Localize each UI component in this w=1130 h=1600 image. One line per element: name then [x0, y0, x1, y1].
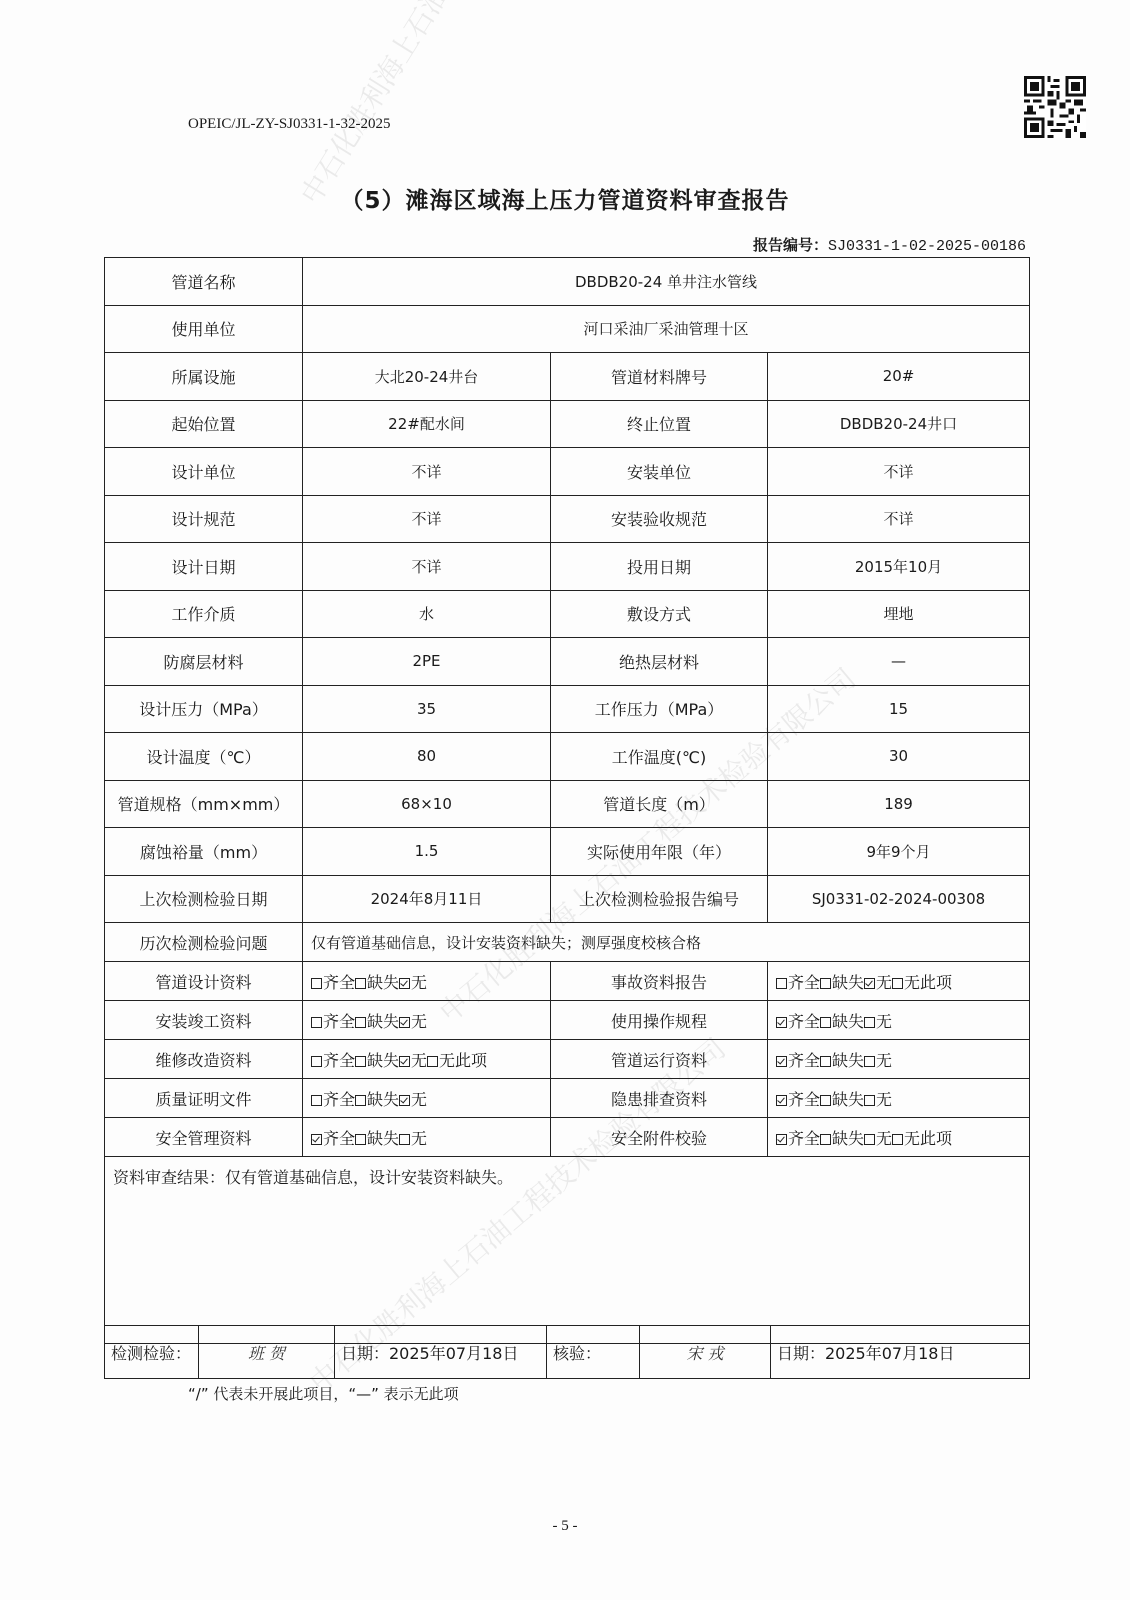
table-row: 起始位置22#配水间终止位置DBDB20-24井口 — [105, 400, 1030, 448]
field-value: 不详 — [768, 448, 1030, 496]
report-number-value: SJ0331-1-02-2025-00186 — [828, 238, 1026, 255]
checkbox-label: 齐全 — [788, 973, 820, 992]
signoff-table: 检测检验： 班 贺 日期：2025年07月18日 核验： 宋 戎 日期：2025… — [104, 1325, 1030, 1379]
table-row: 设计温度（℃）80工作温度(℃)30 — [105, 733, 1030, 781]
field-label: 安装验收规范 — [551, 495, 768, 543]
checklist-label: 维修改造资料 — [105, 1040, 303, 1079]
table-row: 历次检测检验问题 仅有管道基础信息，设计安装资料缺失；测厚强度校核合格 — [105, 923, 1030, 962]
checkbox-na[interactable] — [427, 1056, 438, 1067]
field-value: 68×10 — [303, 780, 551, 828]
field-label: 上次检测检验日期 — [105, 875, 303, 923]
field-label: 设计单位 — [105, 448, 303, 496]
checkbox-missing[interactable] — [820, 1017, 831, 1028]
checkbox-none[interactable] — [864, 1056, 875, 1067]
checklist-options: 齐全缺失无 — [768, 1040, 1030, 1079]
table-row: 管道名称 DBDB20-24 单井注水管线 — [105, 258, 1030, 306]
checklist-label: 安全附件校验 — [551, 1118, 768, 1157]
checkbox-complete[interactable] — [776, 978, 787, 989]
checkbox-missing[interactable] — [820, 1056, 831, 1067]
checkbox-label: 无 — [411, 973, 427, 992]
table-row: 设计单位不详安装单位不详 — [105, 448, 1030, 496]
checkbox-complete[interactable] — [311, 1095, 322, 1106]
checklist-row: 安全管理资料 齐全缺失无 安全附件校验 齐全缺失无无此项 — [105, 1118, 1030, 1157]
checkbox-label: 无此项 — [904, 1129, 952, 1148]
field-value: 大北20-24井台 — [303, 353, 551, 401]
checkbox-none[interactable] — [864, 1017, 875, 1028]
checklist-label: 事故资料报告 — [551, 962, 768, 1001]
field-value: 2024年8月11日 — [303, 875, 551, 923]
field-label: 防腐层材料 — [105, 638, 303, 686]
checkbox-label: 无 — [411, 1012, 427, 1031]
checkbox-label: 无 — [876, 1129, 892, 1148]
checkbox-label: 无 — [876, 1090, 892, 1109]
legend-note: “/” 代表未开展此项目，“—” 表示无此项 — [188, 1383, 459, 1404]
checkbox-label: 齐全 — [323, 1090, 355, 1109]
report-title: （5）滩海区域海上压力管道资料审查报告 — [0, 182, 1130, 215]
table-row: 工作介质水敷设方式埋地 — [105, 590, 1030, 638]
field-value: 水 — [303, 590, 551, 638]
checkbox-label: 缺失 — [367, 1051, 399, 1070]
checklist-row: 管道设计资料 齐全缺失无 事故资料报告 齐全缺失无无此项 — [105, 962, 1030, 1001]
user-unit-label: 使用单位 — [105, 305, 303, 353]
field-label: 实际使用年限（年） — [551, 828, 768, 876]
field-label: 设计温度（℃） — [105, 733, 303, 781]
user-unit-value: 河口采油厂采油管理十区 — [303, 305, 1030, 353]
checkbox-label: 齐全 — [323, 1129, 355, 1148]
checkbox-missing[interactable] — [355, 1056, 366, 1067]
checkbox-none[interactable] — [399, 1056, 410, 1067]
checkbox-label: 缺失 — [367, 1129, 399, 1148]
review-result-label: 资料审查结果： — [113, 1168, 225, 1187]
checkbox-label: 缺失 — [832, 1129, 864, 1148]
checklist-options: 齐全缺失无 — [303, 962, 551, 1001]
checkbox-na[interactable] — [892, 978, 903, 989]
field-label: 管道材料牌号 — [551, 353, 768, 401]
table-row: 设计规范不详安装验收规范不详 — [105, 495, 1030, 543]
report-number: 报告编号：SJ0331-1-02-2025-00186 — [753, 234, 1026, 255]
checkbox-label: 无此项 — [904, 973, 952, 992]
checkbox-na[interactable] — [892, 1134, 903, 1145]
field-value: 不详 — [303, 543, 551, 591]
checklist-label: 使用操作规程 — [551, 1001, 768, 1040]
field-label: 腐蚀裕量（mm） — [105, 828, 303, 876]
inspector-label: 检测检验： — [105, 1326, 199, 1379]
field-label: 敷设方式 — [551, 590, 768, 638]
field-value: DBDB20-24井口 — [768, 400, 1030, 448]
checkbox-label: 缺失 — [832, 973, 864, 992]
checklist-row: 安装竣工资料 齐全缺失无 使用操作规程 齐全缺失无 — [105, 1001, 1030, 1040]
checkbox-none[interactable] — [864, 978, 875, 989]
checkbox-missing[interactable] — [355, 1017, 366, 1028]
field-label: 安装单位 — [551, 448, 768, 496]
checkbox-missing[interactable] — [355, 1134, 366, 1145]
field-label: 工作介质 — [105, 590, 303, 638]
field-label: 所属设施 — [105, 353, 303, 401]
report-number-label: 报告编号： — [753, 236, 828, 254]
field-value: 不详 — [303, 448, 551, 496]
document-code: OPEIC/JL-ZY-SJ0331-1-32-2025 — [188, 116, 391, 133]
checklist-label: 管道设计资料 — [105, 962, 303, 1001]
field-label: 设计日期 — [105, 543, 303, 591]
checkbox-missing[interactable] — [820, 1095, 831, 1106]
page-number: - 5 - — [0, 1518, 1130, 1535]
field-value: 埋地 — [768, 590, 1030, 638]
checkbox-label: 无 — [876, 1051, 892, 1070]
checklist-label: 隐患排查资料 — [551, 1079, 768, 1118]
checkbox-missing[interactable] — [355, 978, 366, 989]
checkbox-none[interactable] — [864, 1095, 875, 1106]
table-row: 管道规格（mm×mm）68×10管道长度（m）189 — [105, 780, 1030, 828]
checkbox-complete[interactable] — [311, 978, 322, 989]
checkbox-label: 无 — [876, 973, 892, 992]
field-label: 管道长度（m） — [551, 780, 768, 828]
checkbox-none[interactable] — [864, 1134, 875, 1145]
checkbox-label: 无 — [876, 1012, 892, 1031]
field-label: 工作压力（MPa） — [551, 685, 768, 733]
checkbox-none[interactable] — [399, 1095, 410, 1106]
checkbox-label: 齐全 — [323, 973, 355, 992]
checklist-options: 齐全缺失无无此项 — [768, 1118, 1030, 1157]
checklist-options: 齐全缺失无 — [303, 1079, 551, 1118]
checkbox-label: 齐全 — [323, 1051, 355, 1070]
table-row: 腐蚀裕量（mm）1.5实际使用年限（年）9年9个月 — [105, 828, 1030, 876]
field-label: 工作温度(℃) — [551, 733, 768, 781]
table-row: 防腐层材料2PE绝热层材料— — [105, 638, 1030, 686]
reviewer-date: 日期：2025年07月18日 — [771, 1326, 1030, 1379]
history-issues-label: 历次检测检验问题 — [105, 923, 303, 962]
checklist-options: 齐全缺失无无此项 — [768, 962, 1030, 1001]
field-value: 1.5 — [303, 828, 551, 876]
checkbox-complete[interactable] — [311, 1134, 322, 1145]
field-label: 终止位置 — [551, 400, 768, 448]
field-label: 起始位置 — [105, 400, 303, 448]
field-value: 15 — [768, 685, 1030, 733]
field-value: 2PE — [303, 638, 551, 686]
checklist-label: 管道运行资料 — [551, 1040, 768, 1079]
checkbox-label: 齐全 — [788, 1129, 820, 1148]
checkbox-label: 无 — [411, 1051, 427, 1070]
field-value: 9年9个月 — [768, 828, 1030, 876]
checklist-options: 齐全缺失无 — [768, 1079, 1030, 1118]
checklist-options: 齐全缺失无 — [303, 1001, 551, 1040]
history-issues-value: 仅有管道基础信息，设计安装资料缺失；测厚强度校核合格 — [303, 923, 1030, 962]
field-label: 绝热层材料 — [551, 638, 768, 686]
checkbox-complete[interactable] — [311, 1017, 322, 1028]
checkbox-none[interactable] — [399, 978, 410, 989]
inspector-signature: 班 贺 — [199, 1326, 335, 1379]
checklist-label: 安装竣工资料 — [105, 1001, 303, 1040]
watermark: 中石化胜利海上石油工程技术检验有限公司 — [290, 0, 606, 211]
checkbox-label: 无 — [411, 1090, 427, 1109]
field-label: 设计规范 — [105, 495, 303, 543]
checkbox-complete[interactable] — [776, 1134, 787, 1145]
checkbox-label: 缺失 — [367, 973, 399, 992]
checkbox-label: 缺失 — [832, 1051, 864, 1070]
review-result-row: 资料审查结果：仅有管道基础信息，设计安装资料缺失。 — [105, 1157, 1030, 1344]
checkbox-complete[interactable] — [311, 1056, 322, 1067]
checkbox-label: 齐全 — [323, 1012, 355, 1031]
field-value: 189 — [768, 780, 1030, 828]
field-value: 35 — [303, 685, 551, 733]
field-value: 22#配水间 — [303, 400, 551, 448]
checkbox-complete[interactable] — [776, 1017, 787, 1028]
pipeline-info-table: 管道名称 DBDB20-24 单井注水管线 使用单位 河口采油厂采油管理十区 所… — [104, 257, 1030, 1344]
field-label: 上次检测检验报告编号 — [551, 875, 768, 923]
checkbox-label: 齐全 — [788, 1012, 820, 1031]
field-value: 不详 — [768, 495, 1030, 543]
checkbox-label: 缺失 — [832, 1012, 864, 1031]
field-value: SJ0331-02-2024-00308 — [768, 875, 1030, 923]
checkbox-label: 无此项 — [439, 1051, 487, 1070]
checklist-row: 质量证明文件 齐全缺失无 隐患排查资料 齐全缺失无 — [105, 1079, 1030, 1118]
checklist-label: 质量证明文件 — [105, 1079, 303, 1118]
checkbox-complete[interactable] — [776, 1056, 787, 1067]
field-value: 80 — [303, 733, 551, 781]
table-row: 设计日期不详投用日期2015年10月 — [105, 543, 1030, 591]
review-result-text: 仅有管道基础信息，设计安装资料缺失。 — [225, 1168, 513, 1187]
checkbox-label: 无 — [411, 1129, 427, 1148]
checkbox-label: 齐全 — [788, 1090, 820, 1109]
field-label: 投用日期 — [551, 543, 768, 591]
field-label: 管道规格（mm×mm） — [105, 780, 303, 828]
checkbox-none[interactable] — [399, 1017, 410, 1028]
table-row: 上次检测检验日期2024年8月11日上次检测检验报告编号SJ0331-02-20… — [105, 875, 1030, 923]
checklist-options: 齐全缺失无 — [303, 1118, 551, 1157]
review-result: 资料审查结果：仅有管道基础信息，设计安装资料缺失。 — [105, 1157, 1030, 1344]
checklist-label: 安全管理资料 — [105, 1118, 303, 1157]
field-value: 20# — [768, 353, 1030, 401]
table-row: 所属设施大北20-24井台管道材料牌号20# — [105, 353, 1030, 401]
table-row: 设计压力（MPa）35工作压力（MPa）15 — [105, 685, 1030, 733]
reviewer-label: 核验： — [547, 1326, 640, 1379]
qr-code-icon — [1023, 76, 1087, 138]
checkbox-label: 缺失 — [832, 1090, 864, 1109]
checklist-row: 维修改造资料 齐全缺失无无此项 管道运行资料 齐全缺失无 — [105, 1040, 1030, 1079]
checkbox-label: 缺失 — [367, 1090, 399, 1109]
pipe-name-value: DBDB20-24 单井注水管线 — [303, 258, 1030, 306]
checkbox-label: 齐全 — [788, 1051, 820, 1070]
checklist-options: 齐全缺失无 — [768, 1001, 1030, 1040]
field-label: 设计压力（MPa） — [105, 685, 303, 733]
field-value: 不详 — [303, 495, 551, 543]
field-value: — — [768, 638, 1030, 686]
table-row: 使用单位 河口采油厂采油管理十区 — [105, 305, 1030, 353]
field-value: 2015年10月 — [768, 543, 1030, 591]
checkbox-label: 缺失 — [367, 1012, 399, 1031]
field-value: 30 — [768, 733, 1030, 781]
checkbox-missing[interactable] — [820, 978, 831, 989]
checkbox-none[interactable] — [399, 1134, 410, 1145]
checklist-options: 齐全缺失无无此项 — [303, 1040, 551, 1079]
pipe-name-label: 管道名称 — [105, 258, 303, 306]
checkbox-complete[interactable] — [776, 1095, 787, 1106]
checkbox-missing[interactable] — [355, 1095, 366, 1106]
checkbox-missing[interactable] — [820, 1134, 831, 1145]
reviewer-signature: 宋 戎 — [640, 1326, 771, 1379]
inspector-date: 日期：2025年07月18日 — [335, 1326, 547, 1379]
